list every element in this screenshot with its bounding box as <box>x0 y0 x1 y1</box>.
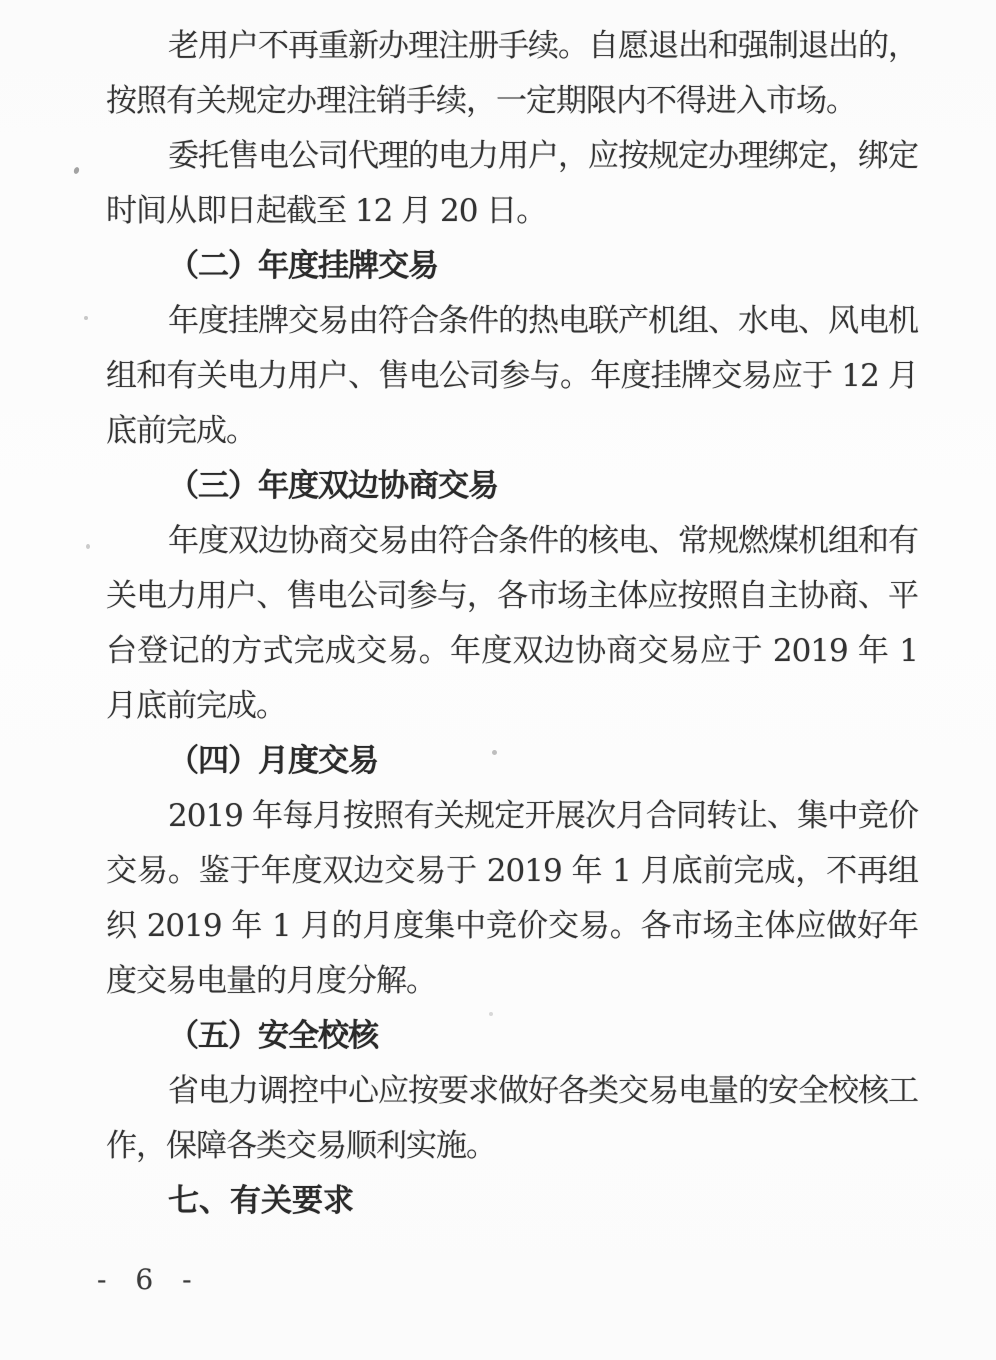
paragraph-binding-deadline: 委托售电公司代理的电力用户，应按规定办理绑定，绑定时间从即日起截至 12 月 2… <box>106 129 918 239</box>
paragraph-annual-bilateral-trading: 年度双边协商交易由符合条件的核电、常规燃煤机组和有关电力用户、售电公司参与，各市… <box>106 514 918 734</box>
heading-annual-bilateral-trading: （三）年度双边协商交易 <box>106 459 918 514</box>
scan-speck <box>86 544 90 549</box>
document-content: 老用户不再重新办理注册手续。自愿退出和强制退出的，按照有关规定办理注销手续，一定… <box>106 19 918 1229</box>
scan-speck <box>489 1012 493 1016</box>
paragraph-user-registration: 老用户不再重新办理注册手续。自愿退出和强制退出的，按照有关规定办理注销手续，一定… <box>106 19 918 129</box>
scanned-document-page: 老用户不再重新办理注册手续。自愿退出和强制退出的，按照有关规定办理注销手续，一定… <box>0 0 996 1360</box>
scan-speck <box>73 166 80 174</box>
scan-speck <box>84 316 88 320</box>
heading-monthly-trading: （四）月度交易 <box>106 734 918 789</box>
paragraph-security-check: 省电力调控中心应按要求做好各类交易电量的安全校核工作，保障各类交易顺利实施。 <box>106 1064 918 1174</box>
heading-related-requirements: 七、有关要求 <box>106 1174 918 1229</box>
paragraph-monthly-trading: 2019 年每月按照有关规定开展次月合同转让、集中竞价交易。鉴于年度双边交易于 … <box>106 789 918 1009</box>
page-number: - 6 - <box>97 1263 202 1296</box>
scan-speck <box>492 750 497 755</box>
paragraph-annual-listed-trading: 年度挂牌交易由符合条件的热电联产机组、水电、风电机组和有关电力用户、售电公司参与… <box>106 294 918 459</box>
heading-security-check: （五）安全校核 <box>106 1009 918 1064</box>
heading-annual-listed-trading: （二）年度挂牌交易 <box>106 239 918 294</box>
